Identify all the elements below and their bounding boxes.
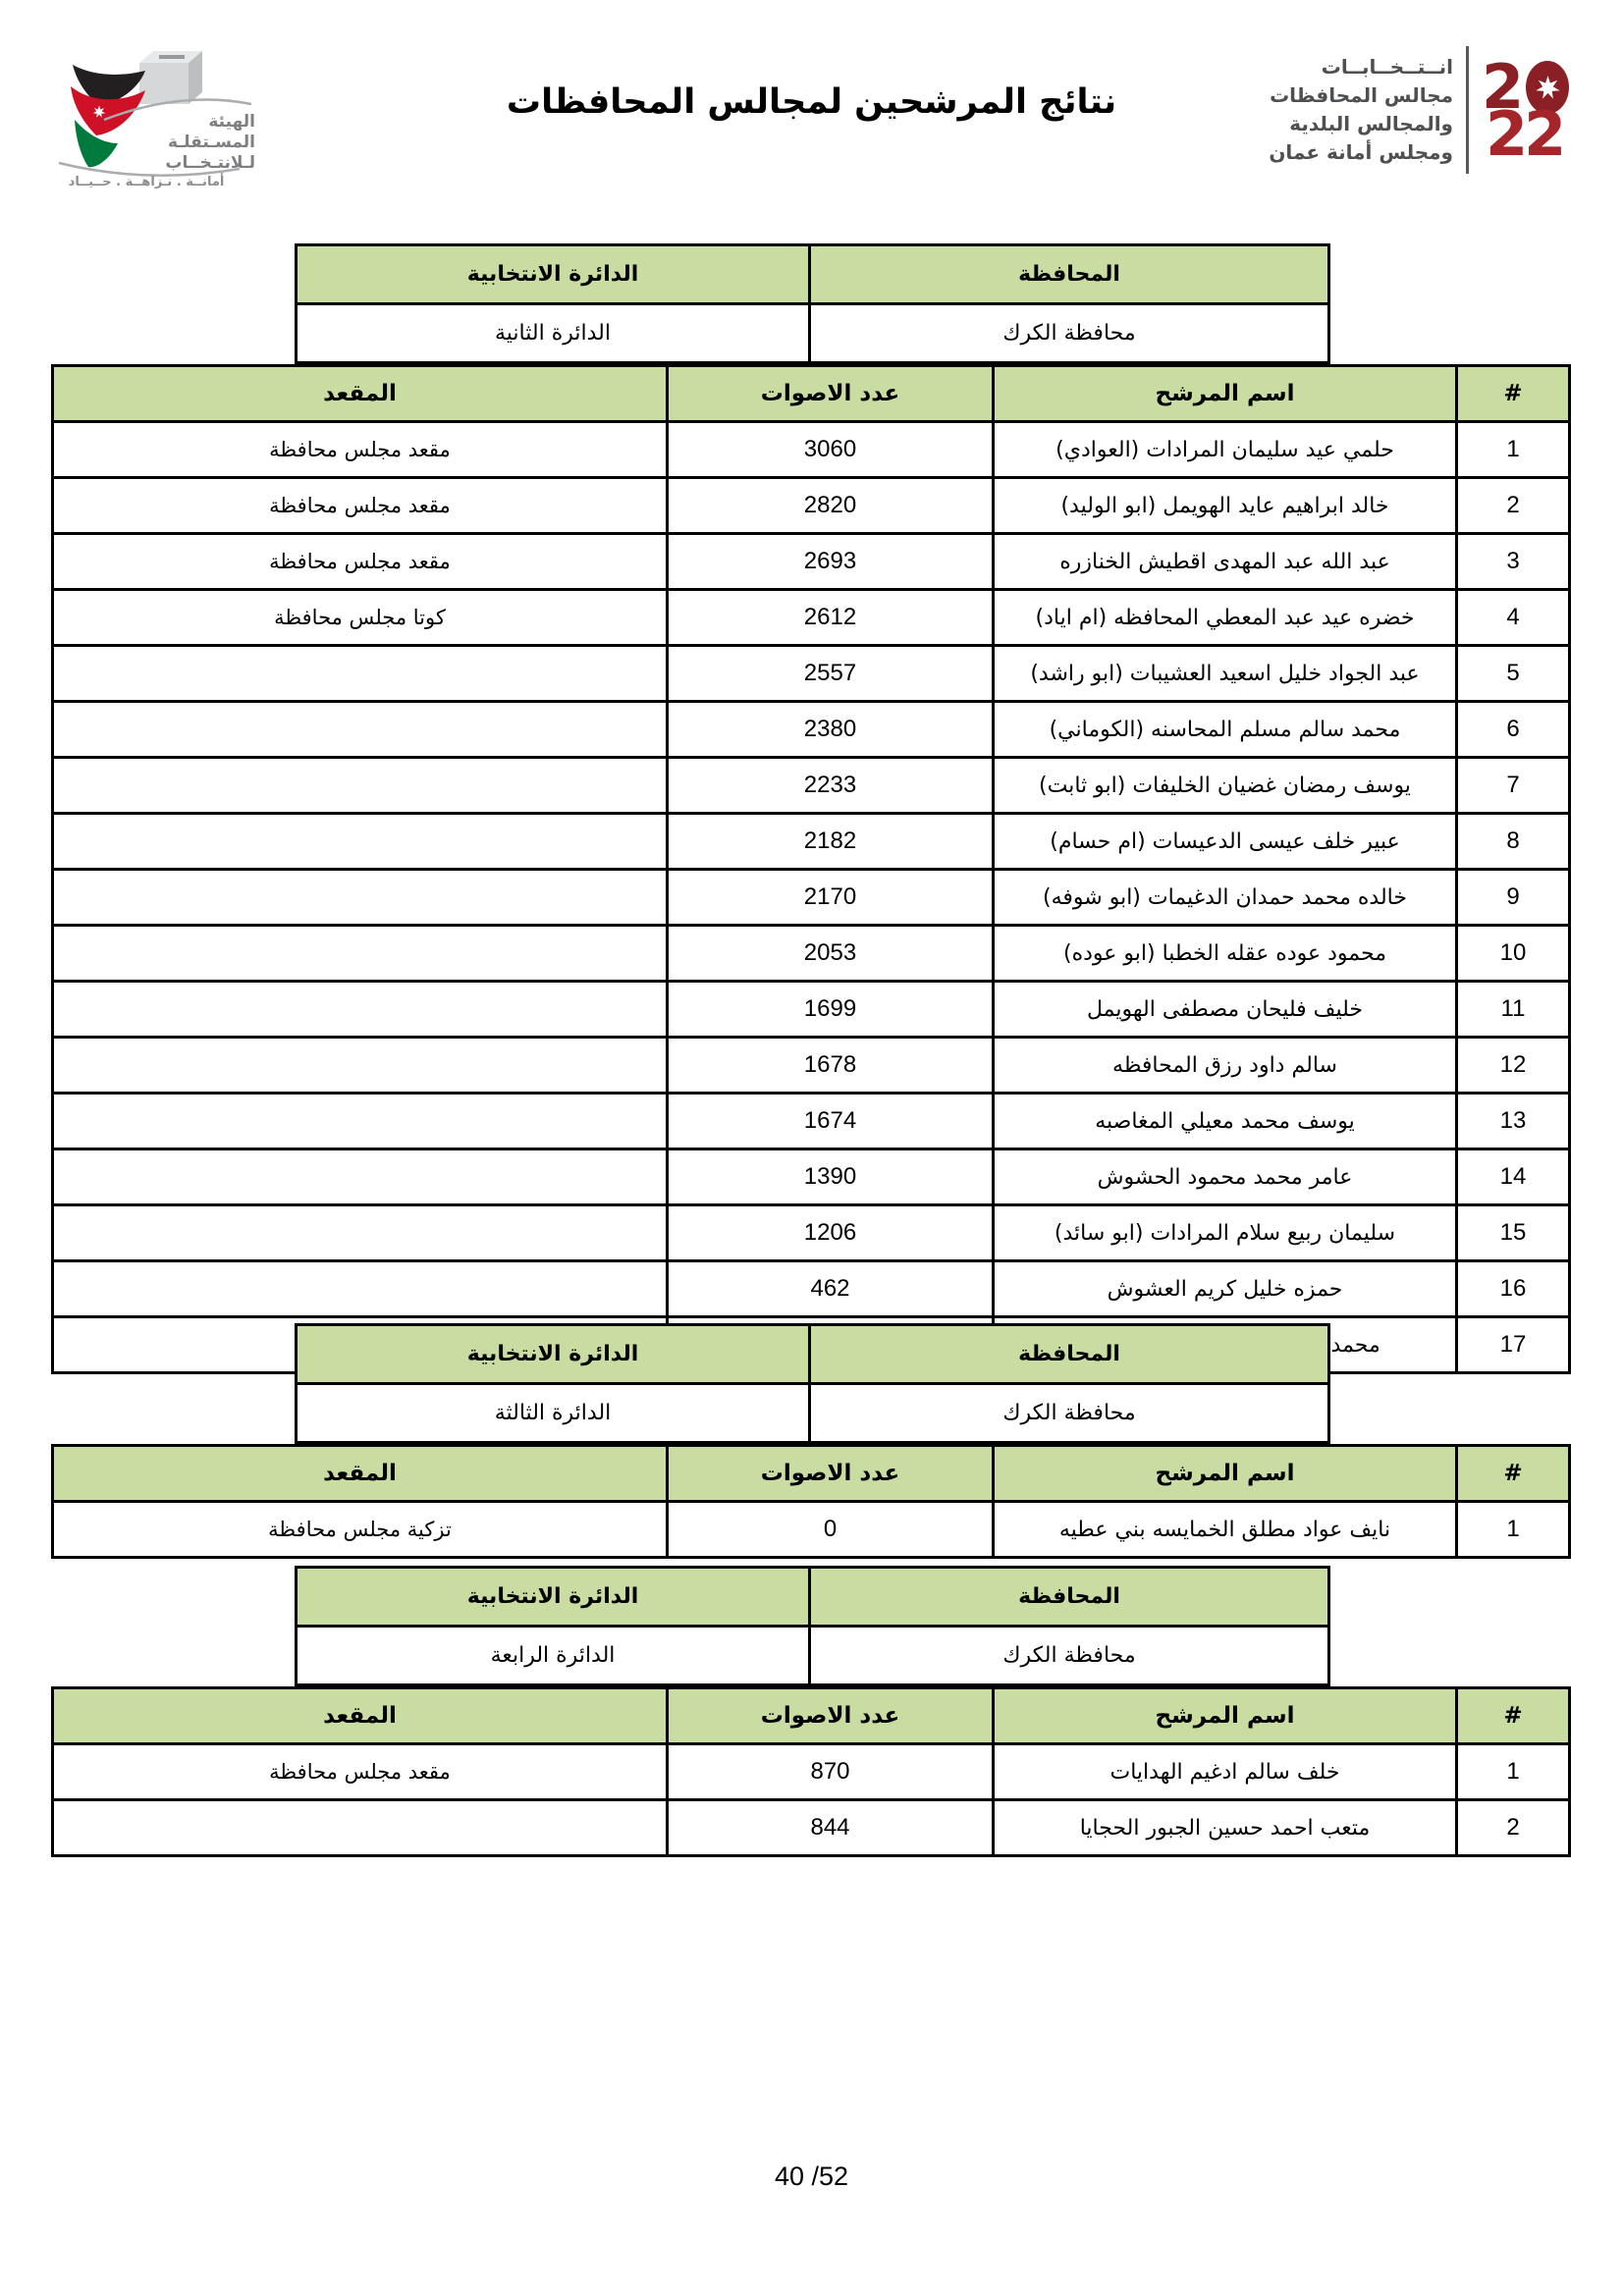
candidate-name-cell: خليف فليحان مصطفى الهويمل: [994, 982, 1457, 1038]
seat-cell: [53, 814, 668, 870]
votes-cell: 3060: [668, 422, 994, 478]
district-info-body: المحافظةالدائرة الانتخابيةمحافظة الكركال…: [297, 1568, 1329, 1685]
seven-pointed-star-icon: [1535, 75, 1561, 101]
divider-line: [1466, 46, 1469, 174]
rank-cell: 4: [1457, 590, 1570, 646]
votes-cell: 2170: [668, 870, 994, 926]
votes-cell: 2612: [668, 590, 994, 646]
rank-cell: 5: [1457, 646, 1570, 702]
elections-logo-line4: ومجلس أمانة عمان: [1253, 138, 1453, 167]
votes-cell: 2380: [668, 702, 994, 758]
rank-cell: 9: [1457, 870, 1570, 926]
votes-header: عدد الاصوات: [668, 366, 994, 422]
seat-cell: [53, 926, 668, 982]
district-header: الدائرة الانتخابية: [297, 1568, 810, 1627]
votes-cell: 1678: [668, 1038, 994, 1094]
elections-logo-line2: مجالس المحافظات: [1253, 81, 1453, 110]
candidate-row: 13يوسف محمد معيلي المغاصبه1674: [53, 1094, 1570, 1149]
seat-header: المقعد: [53, 1446, 668, 1502]
district-value: الدائرة الثالثة: [297, 1384, 810, 1443]
rank-cell: 1: [1457, 1744, 1570, 1800]
rank-cell: 2: [1457, 1800, 1570, 1856]
results-header-row: #اسم المرشحعدد الاصواتالمقعد: [53, 1688, 1570, 1744]
candidate-name-header: اسم المرشح: [994, 366, 1457, 422]
results-head: #اسم المرشحعدد الاصواتالمقعد: [53, 1688, 1570, 1744]
candidate-row: 3عبد الله عبد المهدى اقطيش الخنازره2693م…: [53, 534, 1570, 590]
district-info-value-row: محافظة الكركالدائرة الثانية: [297, 304, 1329, 363]
seat-cell: مقعد مجلس محافظة: [53, 478, 668, 534]
governorate-value: محافظة الكرك: [810, 1384, 1329, 1443]
votes-cell: 2053: [668, 926, 994, 982]
rank-cell: 12: [1457, 1038, 1570, 1094]
candidate-row: 11خليف فليحان مصطفى الهويمل1699: [53, 982, 1570, 1038]
candidate-name-cell: محمد سالم مسلم المحاسنه (الكوماني): [994, 702, 1457, 758]
page-number: 40 /52: [0, 2162, 1623, 2192]
seat-cell: [53, 1261, 668, 1317]
district-info-table: المحافظةالدائرة الانتخابيةمحافظة الكركال…: [295, 243, 1330, 364]
district-info-table: المحافظةالدائرة الانتخابيةمحافظة الكركال…: [295, 1566, 1330, 1686]
document-page: الهيئة المسـتقلـة لـلانتـخــاب أمانــة .…: [0, 0, 1623, 2296]
seat-header: المقعد: [53, 366, 668, 422]
seat-header: المقعد: [53, 1688, 668, 1744]
votes-cell: 2693: [668, 534, 994, 590]
district-value: الدائرة الرابعة: [297, 1627, 810, 1685]
year-22: 22: [1482, 110, 1594, 159]
district-info-value-row: محافظة الكركالدائرة الثالثة: [297, 1384, 1329, 1443]
votes-cell: 1206: [668, 1205, 994, 1261]
seat-cell: [53, 870, 668, 926]
rank-cell: 3: [1457, 534, 1570, 590]
rank-cell: 10: [1457, 926, 1570, 982]
candidate-row: 5عبد الجواد خليل اسعيد العشيبات (ابو راش…: [53, 646, 1570, 702]
votes-cell: 2233: [668, 758, 994, 814]
rank-cell: 11: [1457, 982, 1570, 1038]
candidate-name-cell: متعب احمد حسين الجبور الحجايا: [994, 1800, 1457, 1856]
candidate-name-cell: حلمي عيد سليمان المرادات (العوادي): [994, 422, 1457, 478]
district-info-header-row: المحافظةالدائرة الانتخابية: [297, 1568, 1329, 1627]
seat-cell: [53, 1038, 668, 1094]
district-value: الدائرة الثانية: [297, 304, 810, 363]
seat-cell: [53, 702, 668, 758]
candidate-name-cell: عبير خلف عيسى الدعيسات (ام حسام): [994, 814, 1457, 870]
candidate-row: 10محمود عوده عقله الخطبا (ابو عوده)2053: [53, 926, 1570, 982]
rank-cell: 2: [1457, 478, 1570, 534]
candidate-row: 14عامر محمد محمود الحشوش1390: [53, 1149, 1570, 1205]
candidate-name-cell: محمود عوده عقله الخطبا (ابو عوده): [994, 926, 1457, 982]
seat-cell: [53, 1800, 668, 1856]
rank-header: #: [1457, 1446, 1570, 1502]
district-header: الدائرة الانتخابية: [297, 1325, 810, 1384]
rank-header: #: [1457, 1688, 1570, 1744]
candidate-name-cell: خالده محمد حمدان الدغيمات (ابو شوفه): [994, 870, 1457, 926]
district-info-header-row: المحافظةالدائرة الانتخابية: [297, 1325, 1329, 1384]
seat-cell: [53, 1205, 668, 1261]
governorate-header: المحافظة: [810, 1568, 1329, 1627]
results-body: 1حلمي عيد سليمان المرادات (العوادي)3060م…: [53, 422, 1570, 1373]
votes-cell: 1699: [668, 982, 994, 1038]
seat-cell: تزكية مجلس محافظة: [53, 1502, 668, 1558]
governorate-value: محافظة الكرك: [810, 304, 1329, 363]
rank-cell: 1: [1457, 1502, 1570, 1558]
candidate-row: 15سليمان ربيع سلام المرادات (ابو سائد)12…: [53, 1205, 1570, 1261]
iec-org-name-line2: لـلانتـخــاب: [139, 153, 255, 174]
candidate-row: 1نايف عواد مطلق الخمايسه بني عطيه0تزكية …: [53, 1502, 1570, 1558]
rank-header: #: [1457, 366, 1570, 422]
candidate-name-cell: خلف سالم ادغيم الهدايات: [994, 1744, 1457, 1800]
candidate-row: 4خضره عيد عبد المعطي المحافظه (ام اياد)2…: [53, 590, 1570, 646]
results-header-row: #اسم المرشحعدد الاصواتالمقعد: [53, 1446, 1570, 1502]
seat-cell: [53, 758, 668, 814]
votes-cell: 844: [668, 1800, 994, 1856]
rank-cell: 1: [1457, 422, 1570, 478]
candidate-row: 16حمزه خليل كريم العشوش462: [53, 1261, 1570, 1317]
votes-cell: 870: [668, 1744, 994, 1800]
results-table: #اسم المرشحعدد الاصواتالمقعد1خلف سالم اد…: [51, 1686, 1571, 1857]
candidate-name-header: اسم المرشح: [994, 1688, 1457, 1744]
results-section-1: المحافظةالدائرة الانتخابيةمحافظة الكركال…: [54, 243, 1571, 1374]
district-info-body: المحافظةالدائرة الانتخابيةمحافظة الكركال…: [297, 1325, 1329, 1443]
candidate-row: 2متعب احمد حسين الجبور الحجايا844: [53, 1800, 1570, 1856]
results-header-row: #اسم المرشحعدد الاصواتالمقعد: [53, 366, 1570, 422]
governorate-header: المحافظة: [810, 245, 1329, 304]
candidate-row: 12سالم داود رزق المحافظه1678: [53, 1038, 1570, 1094]
candidate-name-cell: خضره عيد عبد المعطي المحافظه (ام اياد): [994, 590, 1457, 646]
seat-cell: [53, 1149, 668, 1205]
district-header: الدائرة الانتخابية: [297, 245, 810, 304]
district-info-table: المحافظةالدائرة الانتخابيةمحافظة الكركال…: [295, 1323, 1330, 1444]
votes-cell: 1674: [668, 1094, 994, 1149]
elections-logo-text: انــتــخــابــات مجالس المحافظات والمجال…: [1253, 53, 1453, 167]
governorate-value: محافظة الكرك: [810, 1627, 1329, 1685]
candidate-name-cell: سليمان ربيع سلام المرادات (ابو سائد): [994, 1205, 1457, 1261]
results-section-3: المحافظةالدائرة الانتخابيةمحافظة الكركال…: [54, 1566, 1571, 1857]
seat-cell: [53, 646, 668, 702]
elections-logo-line1: انــتــخــابــات: [1253, 53, 1453, 81]
votes-header: عدد الاصوات: [668, 1446, 994, 1502]
governorate-header: المحافظة: [810, 1325, 1329, 1384]
candidate-name-cell: نايف عواد مطلق الخمايسه بني عطيه: [994, 1502, 1457, 1558]
votes-cell: 2182: [668, 814, 994, 870]
seat-cell: [53, 1094, 668, 1149]
seat-cell: مقعد مجلس محافظة: [53, 422, 668, 478]
candidate-row: 8عبير خلف عيسى الدعيسات (ام حسام)2182: [53, 814, 1570, 870]
candidate-name-cell: عامر محمد محمود الحشوش: [994, 1149, 1457, 1205]
results-table: #اسم المرشحعدد الاصواتالمقعد1حلمي عيد سل…: [51, 364, 1571, 1374]
seat-cell: مقعد مجلس محافظة: [53, 534, 668, 590]
candidate-row: 2خالد ابراهيم عايد الهويمل (ابو الوليد)2…: [53, 478, 1570, 534]
candidate-name-cell: عبد الله عبد المهدى اقطيش الخنازره: [994, 534, 1457, 590]
votes-cell: 2820: [668, 478, 994, 534]
district-info-header-row: المحافظةالدائرة الانتخابية: [297, 245, 1329, 304]
candidate-name-cell: يوسف محمد معيلي المغاصبه: [994, 1094, 1457, 1149]
seat-cell: كوتا مجلس محافظة: [53, 590, 668, 646]
candidate-name-cell: عبد الجواد خليل اسعيد العشيبات (ابو راشد…: [994, 646, 1457, 702]
candidate-row: 1خلف سالم ادغيم الهدايات870مقعد مجلس محا…: [53, 1744, 1570, 1800]
rank-cell: 14: [1457, 1149, 1570, 1205]
results-body: 1خلف سالم ادغيم الهدايات870مقعد مجلس محا…: [53, 1744, 1570, 1856]
results-body: 1نايف عواد مطلق الخمايسه بني عطيه0تزكية …: [53, 1502, 1570, 1558]
rank-cell: 16: [1457, 1261, 1570, 1317]
iec-logo: الهيئة المسـتقلـة لـلانتـخــاب أمانــة .…: [43, 47, 257, 196]
results-table: #اسم المرشحعدد الاصواتالمقعد1نايف عواد م…: [51, 1444, 1571, 1559]
rank-cell: 13: [1457, 1094, 1570, 1149]
results-head: #اسم المرشحعدد الاصواتالمقعد: [53, 1446, 1570, 1502]
candidate-name-header: اسم المرشح: [994, 1446, 1457, 1502]
iec-tagline: أمانــة . نـزاهــة . حــيــاد: [49, 175, 243, 189]
votes-cell: 0: [668, 1502, 994, 1558]
year-2022: 2 22: [1482, 61, 1594, 159]
votes-cell: 462: [668, 1261, 994, 1317]
candidate-row: 6محمد سالم مسلم المحاسنه (الكوماني)2380: [53, 702, 1570, 758]
votes-cell: 2557: [668, 646, 994, 702]
elections-2022-logo: انــتــخــابــات مجالس المحافظات والمجال…: [1253, 35, 1594, 185]
district-info-value-row: محافظة الكركالدائرة الرابعة: [297, 1627, 1329, 1685]
votes-header: عدد الاصوات: [668, 1688, 994, 1744]
rank-cell: 8: [1457, 814, 1570, 870]
seat-cell: مقعد مجلس محافظة: [53, 1744, 668, 1800]
candidate-name-cell: خالد ابراهيم عايد الهويمل (ابو الوليد): [994, 478, 1457, 534]
results-section-2: المحافظةالدائرة الانتخابيةمحافظة الكركال…: [54, 1323, 1571, 1559]
candidate-row: 9خالده محمد حمدان الدغيمات (ابو شوفه)217…: [53, 870, 1570, 926]
candidate-name-cell: سالم داود رزق المحافظه: [994, 1038, 1457, 1094]
results-head: #اسم المرشحعدد الاصواتالمقعد: [53, 366, 1570, 422]
candidate-name-cell: يوسف رمضان غضيان الخليفات (ابو ثابت): [994, 758, 1457, 814]
candidate-name-cell: حمزه خليل كريم العشوش: [994, 1261, 1457, 1317]
votes-cell: 1390: [668, 1149, 994, 1205]
elections-logo-line3: والمجالس البلدية: [1253, 110, 1453, 138]
rank-cell: 15: [1457, 1205, 1570, 1261]
rank-cell: 7: [1457, 758, 1570, 814]
rank-cell: 6: [1457, 702, 1570, 758]
district-info-body: المحافظةالدائرة الانتخابيةمحافظة الكركال…: [297, 245, 1329, 363]
candidate-row: 7يوسف رمضان غضيان الخليفات (ابو ثابت)223…: [53, 758, 1570, 814]
candidate-row: 1حلمي عيد سليمان المرادات (العوادي)3060م…: [53, 422, 1570, 478]
seat-cell: [53, 982, 668, 1038]
